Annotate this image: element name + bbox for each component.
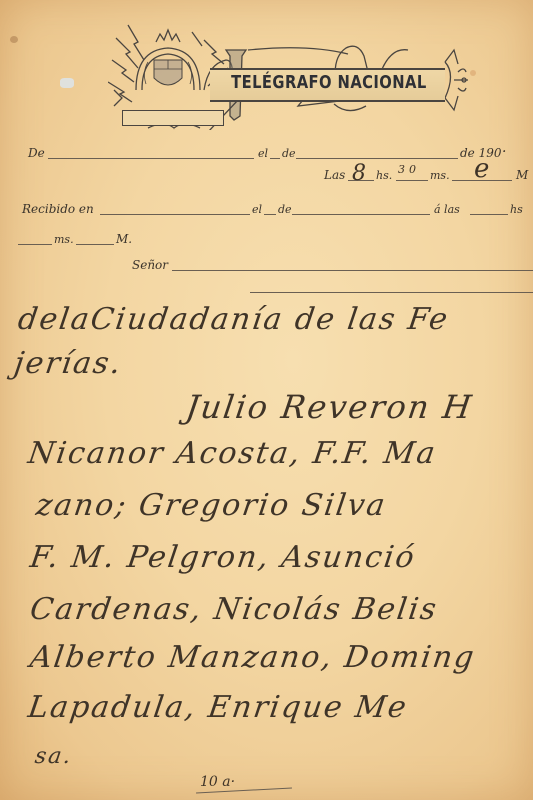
form-row-received: Recibido en el de á las hs (22, 198, 533, 218)
day-label: el (258, 147, 268, 160)
hours-label: hs. (376, 169, 392, 182)
letterhead: TELÉGRAFO NACIONAL (108, 20, 468, 130)
hours-value: 8 (352, 161, 366, 186)
received-day-field[interactable] (264, 214, 276, 215)
letterhead-title: TELÉGRAFO NACIONAL (231, 69, 424, 97)
year-value: · (502, 144, 506, 160)
message-line: Nicanor Acosta, F.F. Ma (25, 436, 533, 476)
received-of-label: de (278, 203, 292, 216)
day-field[interactable] (270, 158, 280, 159)
received-minutes-field[interactable] (18, 244, 52, 245)
form-row-sent-time: Las 8 hs. 30 ms. e M (320, 164, 533, 184)
message-line: delaCiudadanía de las Fe (15, 302, 533, 342)
minutes-label: ms. (430, 169, 450, 182)
of-label: de (282, 147, 296, 160)
received-at-label: á las (434, 203, 460, 216)
at-label: Las (324, 168, 345, 182)
received-label: Recibido en (22, 202, 94, 216)
message-line: F. M. Pelgron, Asunció (27, 540, 533, 580)
message-line: Julio Reveron H (183, 388, 533, 428)
received-hours-field[interactable] (470, 214, 508, 215)
form-row-origin: De el de de 190 · (28, 142, 533, 162)
message-line: Cardenas, Nicolás Belis (27, 592, 533, 632)
message-line: zano; Gregorio Silva (33, 488, 533, 528)
received-meridiem-label: M. (116, 232, 132, 246)
message-line: Lapadula, Enrique Me (25, 690, 533, 730)
message-line: sa. (31, 744, 533, 784)
letterhead-banner (122, 110, 224, 126)
form-row-received-minutes: ms. M. (18, 228, 218, 248)
received-day-label: el (252, 203, 262, 216)
address-field[interactable] (250, 292, 533, 293)
received-minutes-label: ms. (54, 233, 74, 246)
minutes-value: 30 (398, 163, 420, 176)
message-line: jerías. (11, 346, 533, 386)
from-field[interactable] (48, 158, 254, 159)
addressee-label: Señor (132, 258, 168, 272)
message-line: Alberto Manzano, Doming (27, 640, 533, 680)
footnote-count: 10 a· (200, 774, 235, 790)
month-field[interactable] (296, 158, 458, 159)
received-meridiem-field[interactable] (76, 244, 114, 245)
form-row-addressee: Señor (132, 254, 533, 274)
minutes-field[interactable] (396, 180, 428, 181)
from-label: De (28, 146, 45, 160)
telegram-page: TELÉGRAFO NACIONAL De el de de 190 · Las… (0, 0, 533, 800)
addressee-field[interactable] (172, 270, 533, 271)
received-place-field[interactable] (100, 214, 250, 215)
received-month-field[interactable] (292, 214, 430, 215)
meridiem-label: M (516, 168, 528, 182)
meridiem-value: e (474, 154, 489, 184)
received-hours-label: hs (510, 203, 523, 216)
